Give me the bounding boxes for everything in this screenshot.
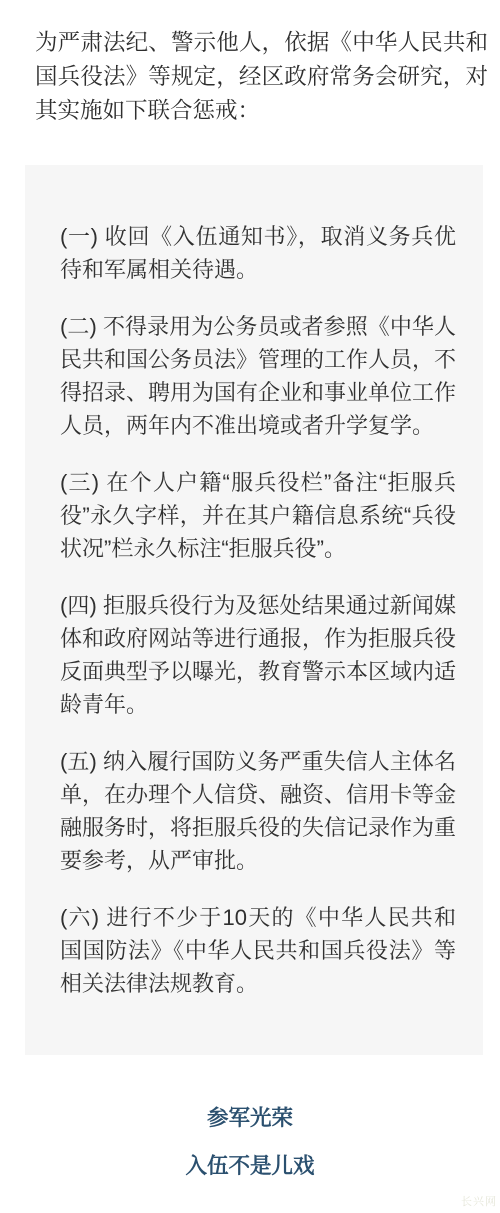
penalty-item-5: (五) 纳入履行国防义务严重失信人主体名单，在办理个人信贷、融资、信用卡等金融服… [60,745,456,877]
penalty-item-4: (四) 拒服兵役行为及惩处结果通过新闻媒体和政府网站等进行通报，作为拒服兵役反面… [60,589,456,721]
penalty-item-1: (一) 收回《入伍通知书》，取消义务兵优待和军属相关待遇。 [60,220,456,286]
site-watermark: 长兴网 [461,1193,497,1209]
slogan-line-1: 参军光荣 [0,1105,500,1131]
penalty-box: (一) 收回《入伍通知书》，取消义务兵优待和军属相关待遇。 (二) 不得录用为公… [25,165,483,1055]
penalty-item-3: (三) 在个人户籍“服兵役栏”备注“拒服兵役”永久字样，并在其户籍信息系统“兵役… [60,466,456,565]
slogan-line-2: 入伍不是儿戏 [0,1153,500,1179]
penalty-item-2: (二) 不得录用为公务员或者参照《中华人民共和国公务员法》管理的工作人员，不得招… [60,310,456,442]
intro-paragraph: 为严肃法纪、警示他人，依据《中华人民共和国兵役法》等规定，经区政府常务会研究，对… [0,0,500,128]
slogan-block: 参军光荣 入伍不是儿戏 [0,1105,500,1179]
penalty-item-6: (六) 进行不少于10天的《中华人民共和国国防法》《中华人民共和国兵役法》等相关… [60,901,456,1000]
